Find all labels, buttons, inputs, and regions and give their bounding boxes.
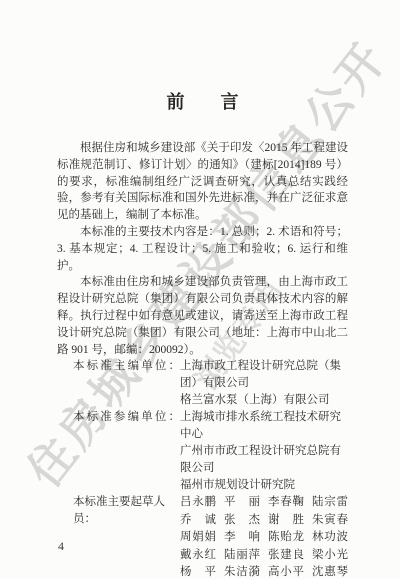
drafter-names-row: 乔 诚 张 杰 谢 胜 朱寅春 [180, 512, 348, 530]
participant-editor-label: 本标准参编单位： [73, 409, 180, 426]
drafter-names-row: 戴永红 陆丽萍 张建良 梁小光 [180, 547, 348, 565]
drafter-name: 陆丽萍 [224, 547, 260, 565]
preface-title: 前 言 [57, 88, 348, 114]
drafter-name: 林功波 [312, 529, 348, 547]
drafter-name: 朱洁漪 [224, 564, 260, 579]
drafters-row: 本标准主要起草人员： 吕永鹏 平 丽 李春鞠 陆宗雷 乔 诚 张 杰 谢 胜 朱… [57, 494, 348, 579]
chief-editor-units: 上海市政工程设计研究总院（集团）有限公司 格兰富水泵（上海）有限公司 [180, 358, 348, 409]
chief-editor-label: 本标准主编单位： [73, 358, 180, 375]
chief-editor-row: 本标准主编单位： 上海市政工程设计研究总院（集团）有限公司 格兰富水泵（上海）有… [57, 358, 348, 409]
chief-unit: 格兰富水泵（上海）有限公司 [180, 392, 348, 409]
drafter-name: 张 杰 [224, 512, 260, 530]
drafter-name: 朱寅春 [312, 512, 348, 530]
drafter-name: 陈贻龙 [268, 529, 304, 547]
drafter-name: 平 丽 [224, 494, 260, 512]
drafter-name: 周娟娟 [180, 529, 216, 547]
participant-unit: 福州市规划设计研究院 [180, 477, 348, 494]
drafter-names-row: 周娟娟 李 响 陈贻龙 林功波 [180, 529, 348, 547]
drafter-name: 吕永鹏 [180, 494, 216, 512]
drafter-name: 陆宗雷 [312, 494, 348, 512]
scanned-document-page: 住房城乡建设部信息公开 浏览专用 前 言 根据住房和城乡建设部《关于印发〈201… [0, 0, 400, 579]
editor-units-section: 本标准主编单位： 上海市政工程设计研究总院（集团）有限公司 格兰富水泵（上海）有… [57, 358, 348, 579]
drafter-names: 吕永鹏 平 丽 李春鞠 陆宗雷 乔 诚 张 杰 谢 胜 朱寅春 周娟娟 李 响 [180, 494, 348, 579]
drafter-name: 乔 诚 [180, 512, 216, 530]
paragraph-contents: 本标准的主要技术内容是：1. 总则；2. 术语和符号；3. 基本规定；4. 工程… [57, 224, 348, 274]
drafter-names-row: 杨 平 朱洁漪 高小平 沈惠琴 [180, 564, 348, 579]
drafter-name: 李 响 [224, 529, 260, 547]
participant-editor-row: 本标准参编单位： 上海城市排水系统工程技术研究中心 广州市市政工程设计研究总院有… [57, 409, 348, 494]
drafter-name: 谢 胜 [268, 512, 304, 530]
participant-unit: 广州市市政工程设计研究总院有限公司 [180, 443, 348, 477]
drafter-name: 沈惠琴 [312, 564, 348, 579]
drafter-name: 杨 平 [180, 564, 216, 579]
participant-editor-units: 上海城市排水系统工程技术研究中心 广州市市政工程设计研究总院有限公司 福州市规划… [180, 409, 348, 494]
drafter-name: 高小平 [268, 564, 304, 579]
paragraph-basis: 根据住房和城乡建设部《关于印发〈2015 年工程建设标准规范制订、修订计划〉的通… [57, 140, 348, 224]
paragraph-management: 本标准由住房和城乡建设部负责管理，由上海市政工程设计研究总院（集团）有限公司负责… [57, 274, 348, 358]
drafter-name: 戴永红 [180, 547, 216, 565]
page-content: 前 言 根据住房和城乡建设部《关于印发〈2015 年工程建设标准规范制订、修订计… [57, 88, 348, 579]
drafters-label: 本标准主要起草人员： [73, 494, 180, 528]
drafter-names-row: 吕永鹏 平 丽 李春鞠 陆宗雷 [180, 494, 348, 512]
drafter-name: 梁小光 [312, 547, 348, 565]
drafter-name: 张建良 [268, 547, 304, 565]
chief-unit: 上海市政工程设计研究总院（集团）有限公司 [180, 358, 348, 392]
participant-unit: 上海城市排水系统工程技术研究中心 [180, 409, 348, 443]
page-number: 4 [58, 539, 64, 554]
drafter-name: 李春鞠 [268, 494, 304, 512]
